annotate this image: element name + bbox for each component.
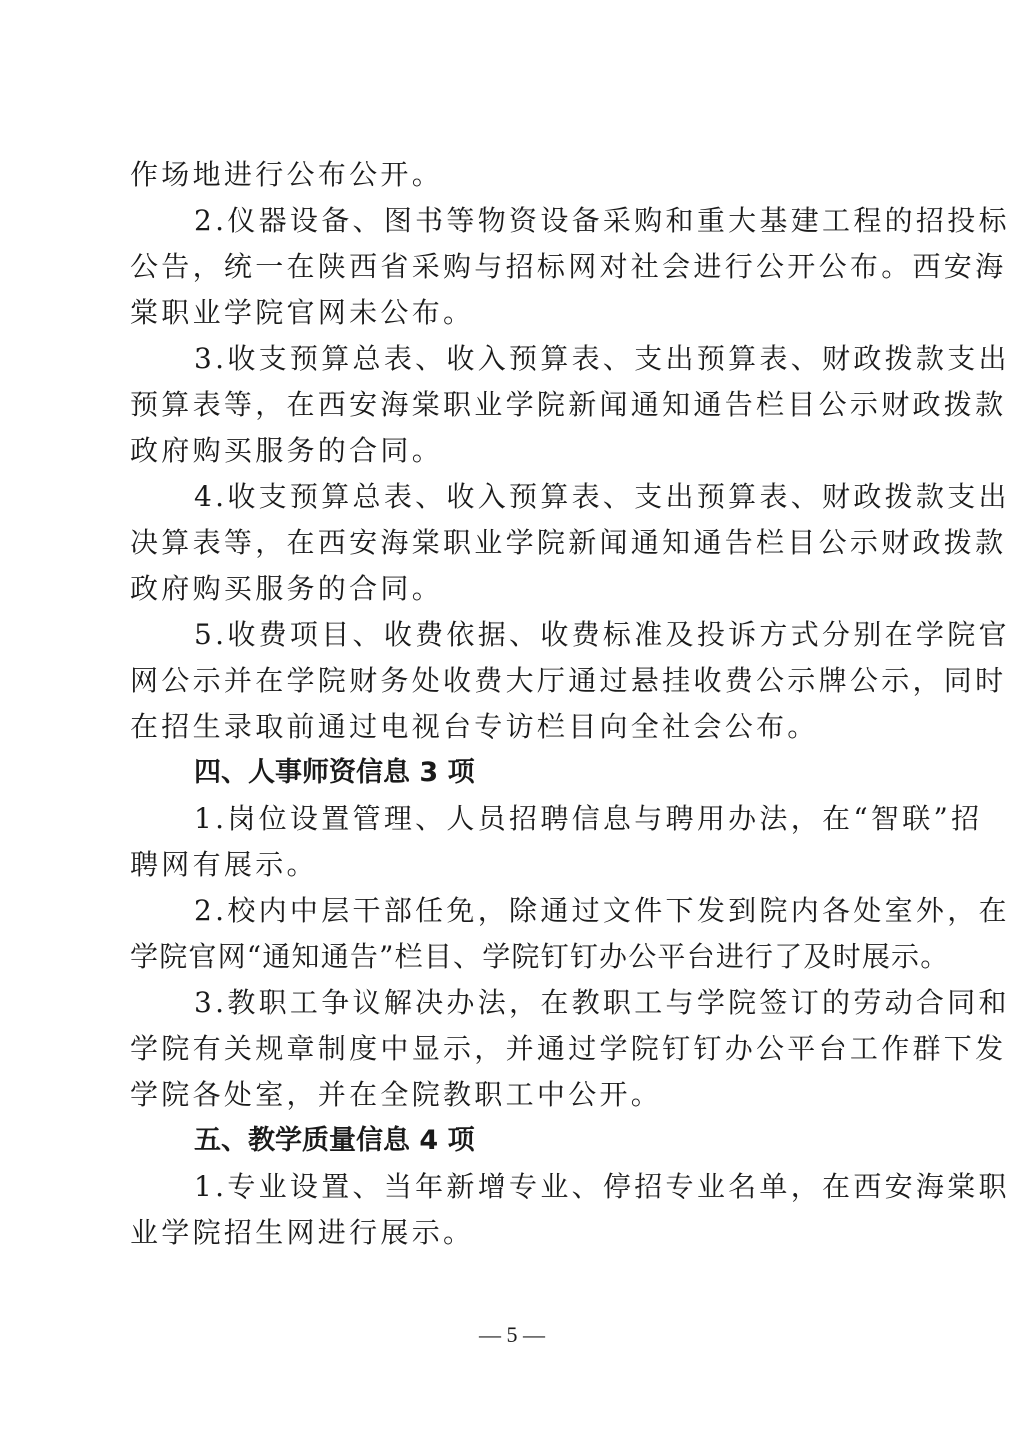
paragraph-procurement: 2.仪器设备、图书等物资设备采购和重大基建工程的招投标 公告，统一在陕西省采购与… <box>130 198 902 336</box>
heading-text: 四、人事师资信息 3 项 <box>130 750 902 796</box>
text-line: 2.仪器设备、图书等物资设备采购和重大基建工程的招投标 <box>130 198 902 244</box>
text-line: 学院有关规章制度中显示，并通过学院钉钉办公平台工作群下发 <box>130 1026 902 1072</box>
text-line: 4.收支预算总表、收入预算表、支出预算表、财政拨款支出 <box>130 474 902 520</box>
text-line: 公告，统一在陕西省采购与招标网对社会进行公开公布。西安海 <box>130 244 902 290</box>
paragraph-disputes: 3.教职工争议解决办法，在教职工与学院签订的劳动合同和 学院有关规章制度中显示，… <box>130 980 902 1118</box>
text-line: 学院官网“通知通告”栏目、学院钉钉办公平台进行了及时展示。 <box>130 934 902 980</box>
paragraph-budget: 3.收支预算总表、收入预算表、支出预算表、财政拨款支出 预算表等，在西安海棠职业… <box>130 336 902 474</box>
text-line: 学院各处室，并在全院教职工中公开。 <box>130 1072 902 1118</box>
paragraph-fees: 5.收费项目、收费依据、收费标准及投诉方式分别在学院官 网公示并在学院财务处收费… <box>130 612 902 750</box>
text-line: 5.收费项目、收费依据、收费标准及投诉方式分别在学院官 <box>130 612 902 658</box>
text-line: 1.专业设置、当年新增专业、停招专业名单，在西安海棠职 <box>130 1164 902 1210</box>
heading-text: 五、教学质量信息 4 项 <box>130 1118 902 1164</box>
text-line: 网公示并在学院财务处收费大厅通过悬挂收费公示牌公示，同时 <box>130 658 902 704</box>
continuation-paragraph: 作场地进行公布公开。 <box>130 152 902 198</box>
text-line: 3.收支预算总表、收入预算表、支出预算表、财政拨款支出 <box>130 336 902 382</box>
paragraph-recruitment: 1.岗位设置管理、人员招聘信息与聘用办法，在“智联”招 聘网有展示。 <box>130 796 902 888</box>
text-line: 政府购买服务的合同。 <box>130 428 902 474</box>
paragraph-majors: 1.专业设置、当年新增专业、停招专业名单，在西安海棠职 业学院招生网进行展示。 <box>130 1164 902 1256</box>
paragraph-final-accounts: 4.收支预算总表、收入预算表、支出预算表、财政拨款支出 决算表等，在西安海棠职业… <box>130 474 902 612</box>
page-number: — 5 — <box>0 1322 1024 1348</box>
text-line: 政府购买服务的合同。 <box>130 566 902 612</box>
document-body: 作场地进行公布公开。 2.仪器设备、图书等物资设备采购和重大基建工程的招投标 公… <box>130 152 902 1256</box>
text-line: 聘网有展示。 <box>130 842 902 888</box>
text-line: 2.校内中层干部任免，除通过文件下发到院内各处室外，在 <box>130 888 902 934</box>
text-line: 预算表等，在西安海棠职业学院新闻通知通告栏目公示财政拨款 <box>130 382 902 428</box>
text-line: 业学院招生网进行展示。 <box>130 1210 902 1256</box>
text-line: 决算表等，在西安海棠职业学院新闻通知通告栏目公示财政拨款 <box>130 520 902 566</box>
section-heading-personnel: 四、人事师资信息 3 项 <box>130 750 902 796</box>
paragraph-appointments: 2.校内中层干部任免，除通过文件下发到院内各处室外，在 学院官网“通知通告”栏目… <box>130 888 902 980</box>
text-line: 棠职业学院官网未公布。 <box>130 290 902 336</box>
text-line: 1.岗位设置管理、人员招聘信息与聘用办法，在“智联”招 <box>130 796 902 842</box>
text-line: 在招生录取前通过电视台专访栏目向全社会公布。 <box>130 704 902 750</box>
text-line: 作场地进行公布公开。 <box>130 152 902 198</box>
section-heading-teaching-quality: 五、教学质量信息 4 项 <box>130 1118 902 1164</box>
text-line: 3.教职工争议解决办法，在教职工与学院签订的劳动合同和 <box>130 980 902 1026</box>
